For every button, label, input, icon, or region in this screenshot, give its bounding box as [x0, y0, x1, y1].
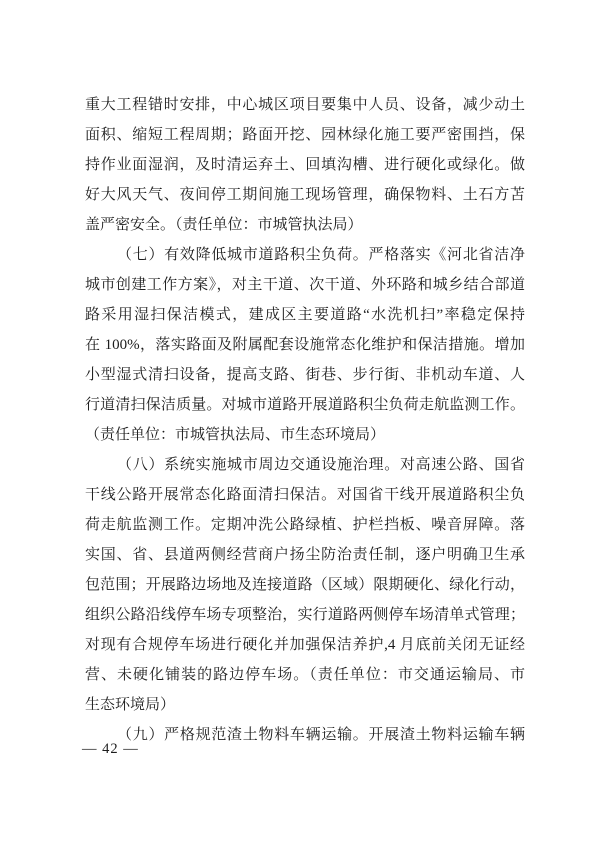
- text-line: （七）有效降低城市道路积尘负荷。严格落实《河北省洁净: [85, 240, 525, 270]
- text-line: 在 100%，落实路面及附属配套设施常态化维护和保洁措施。增加: [85, 330, 525, 360]
- text-line: 实国、省、县道两侧经营商户扬尘防治责任制，逐户明确卫生承: [85, 540, 525, 570]
- document-body: 重大工程错时安排，中心城区项目要集中人员、设备，减少动土 面积、缩短工程周期；路…: [85, 90, 525, 750]
- text-line: （责任单位：市城管执法局、市生态环境局）: [85, 420, 525, 450]
- document-page: 重大工程错时安排，中心城区项目要集中人员、设备，减少动土 面积、缩短工程周期；路…: [0, 0, 600, 848]
- text-line: 对现有合规停车场进行硬化并加强保洁养护,4 月底前关闭无证经: [85, 630, 525, 660]
- text-line: 盖严密安全。（责任单位：市城管执法局）: [85, 210, 525, 240]
- text-line: （九）严格规范渣土物料车辆运输。开展渣土物料运输车辆: [85, 720, 525, 750]
- text-line: 持作业面湿润，及时清运弃土、回填沟槽、进行硬化或绿化。做: [85, 150, 525, 180]
- page-number: — 42 —: [82, 741, 139, 757]
- text-line: 城市创建工作方案》，对主干道、次干道、外环路和城乡结合部道: [85, 270, 525, 300]
- text-line: 重大工程错时安排，中心城区项目要集中人员、设备，减少动土: [85, 90, 525, 120]
- text-line: 行道清扫保洁质量。对城市道路开展道路积尘负荷走航监测工作。: [85, 390, 525, 420]
- text-line: 生态环境局）: [85, 690, 525, 720]
- text-line: （八）系统实施城市周边交通设施治理。对高速公路、国省: [85, 450, 525, 480]
- text-line: 干线公路开展常态化路面清扫保洁。对国省干线开展道路积尘负: [85, 480, 525, 510]
- text-line: 面积、缩短工程周期；路面开挖、园林绿化施工要严密围挡，保: [85, 120, 525, 150]
- text-line: 好大风天气、夜间停工期间施工现场管理，确保物料、土石方苫: [85, 180, 525, 210]
- text-line: 包范围；开展路边场地及连接道路（区域）限期硬化、绿化行动，: [85, 570, 525, 600]
- text-line: 组织公路沿线停车场专项整治，实行道路两侧停车场清单式管理；: [85, 600, 525, 630]
- text-line: 营、未硬化铺装的路边停车场。（责任单位：市交通运输局、市: [85, 660, 525, 690]
- text-line: 路采用湿扫保洁模式，建成区主要道路“水洗机扫”率稳定保持: [85, 300, 525, 330]
- text-line: 小型湿式清扫设备，提高支路、街巷、步行街、非机动车道、人: [85, 360, 525, 390]
- text-line: 荷走航监测工作。定期冲洗公路绿植、护栏挡板、噪音屏障。落: [85, 510, 525, 540]
